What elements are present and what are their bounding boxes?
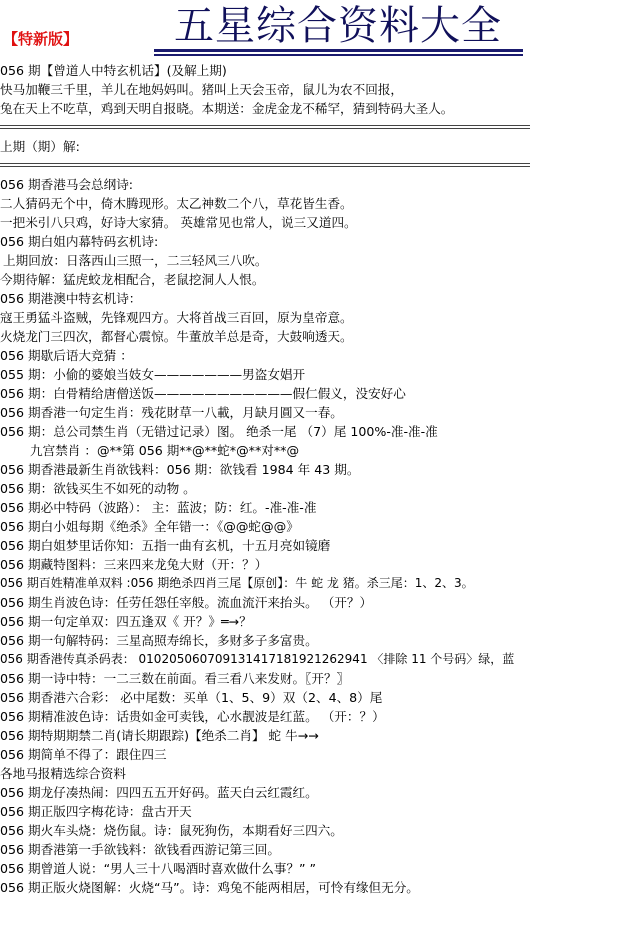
info-line: 056 期生肖波色诗：任劳任怨任宰般。流血流汗来抬头。 （开？） — [0, 593, 621, 612]
info-line: 056 期龙仔凑热闹：四四五五开好码。蓝天白云红霞红。 — [0, 783, 621, 802]
info-line: 056 期白小姐每期《绝杀》全年错一：《@@蛇@@》 — [0, 517, 621, 536]
info-line: 056 期正版四字梅花诗：盘古开天 — [0, 802, 621, 821]
riddle-line: 055 期：小偷的婆娘当妓女———————男盗女娼开 — [0, 365, 621, 384]
info-line: 056 期简单不得了：跟住四三 — [0, 745, 621, 764]
poem-line: 兔在天上不吃草，鸡到天明自报晓。本期送：金虎金龙不稀罕，猜到特码大圣人。 — [0, 99, 621, 118]
info-line: 九宫禁肖 ：@**第 056 期**@**蛇*@**对**@ — [0, 441, 621, 460]
section-heading: 056 期歇后语大竞猜 ： — [0, 346, 621, 365]
poem-line: 火烧龙门三四次，都督心震惊。牛董放羊总是奇，大鼓响透天。 — [0, 327, 621, 346]
poem-line: 上期回放：日落西山三照一，二三轻风三八吹。 — [0, 251, 621, 270]
double-divider — [0, 156, 621, 175]
section-heading: 056 期白姐内幕特码玄机诗: — [0, 232, 621, 251]
section-heading: 各地马报精选综合资料 — [0, 764, 621, 783]
section-heading: 056 期港澳中特玄机诗： — [0, 289, 621, 308]
section-heading: 上期（期）解: — [0, 137, 621, 156]
section-heading: 056 期香港马会总纲诗: — [0, 175, 621, 194]
info-line: 056 期藏特图料：三来四来龙兔大财（开：？） — [0, 555, 621, 574]
title-underline-secondary — [154, 54, 523, 56]
info-line: 056 期：欲钱买生不如死的动物 。 — [0, 479, 621, 498]
info-line: 056 期白姐梦里话你知：五指一曲有玄机，十五月亮如镜磨 — [0, 536, 621, 555]
poem-line: 二人猜码无个中，倚木腾现形。太乙神数二个八，草花皆生香。 — [0, 194, 621, 213]
info-line: 056 期正版火烧图解：火烧“马”。诗：鸡兔不能两相居，可怜有缘但无分。 — [0, 878, 621, 897]
section-heading: 056 期【曾道人中特玄机话】(及解上期) — [0, 61, 621, 80]
info-line: 056 期精准波色诗：话贵如金可卖钱，心水靓波是红蓝。 （开：？） — [0, 707, 621, 726]
info-line: 056 期一句解特码：三星高照寿绵长，多财多子多富贵。 — [0, 631, 621, 650]
info-line: 056 期香港一句定生肖：残花財草一八載，月缺月圓又一春。 — [0, 403, 621, 422]
info-line: 056 期：总公司禁生肖（无错过记录）图。 绝杀一尾 （7）尾 100%-准-准… — [0, 422, 621, 441]
edition-badge: 【特新版】 — [3, 30, 78, 48]
info-line: 056 期香港最新生肖欲钱料：056 期：欲钱看 1984 年 43 期。 — [0, 460, 621, 479]
info-line: 056 期必中特码（波路）： 主：蓝波；防：红。-准-准-准 — [0, 498, 621, 517]
poem-line: 快马加鞭三千里，羊儿在地妈妈叫。猪叫上天会玉帝，鼠儿为农不回报， — [0, 80, 621, 99]
document-body: 056 期【曾道人中特玄机话】(及解上期) 快马加鞭三千里，羊儿在地妈妈叫。猪叫… — [0, 61, 621, 897]
info-line: 056 期香港六合彩： 必中尾数：买单（1、5、9）双（2、4、8）尾 — [0, 688, 621, 707]
poem-line: 今期待解：猛虎蛟龙相配合，老鼠挖洞人人恨。 — [0, 270, 621, 289]
page-title: 五星综合资料大全 — [154, 3, 522, 51]
poem-line: 寇王勇猛斗盗贼，先锋观四方。大将首战三百回，原为皇帝意。 — [0, 308, 621, 327]
info-line: 056 期香港第一手欲钱料：欲钱看西游记第三回。 — [0, 840, 621, 859]
poem-line: 一把米引八只鸡，好诗大家猜。 英雄常见也常人，说三又道四。 — [0, 213, 621, 232]
info-line: 056 期香港传真杀码表： 01020506070913141718192126… — [0, 650, 621, 669]
info-line: 056 期火车头烧：烧伤鼠。诗：鼠死狗伤，本期看好三四六。 — [0, 821, 621, 840]
info-line: 056 期一诗中特：一二三数在前面。看三看八来发财。〖开？〗 — [0, 669, 621, 688]
info-line: 056 期特期期禁二肖(请长期跟踪)【绝杀二肖】 蛇 牛→→ — [0, 726, 621, 745]
page-header: 【特新版】 五星综合资料大全 — [0, 0, 621, 62]
info-line: 056 期曾道人说：“男人三十八喝酒时喜欢做什么事？” ” — [0, 859, 621, 878]
info-line: 056 期一句定单双：四五逢双《 开？》═→？ — [0, 612, 621, 631]
double-divider — [0, 118, 621, 137]
info-line: 056 期百姓精准单双料 :056 期绝杀四肖三尾【原创】：牛 蛇 龙 猪。杀三… — [0, 574, 621, 593]
riddle-line: 056 期：白骨精给唐僧送饭———————————假仁假义，没安好心 — [0, 384, 621, 403]
title-underline — [154, 49, 523, 52]
